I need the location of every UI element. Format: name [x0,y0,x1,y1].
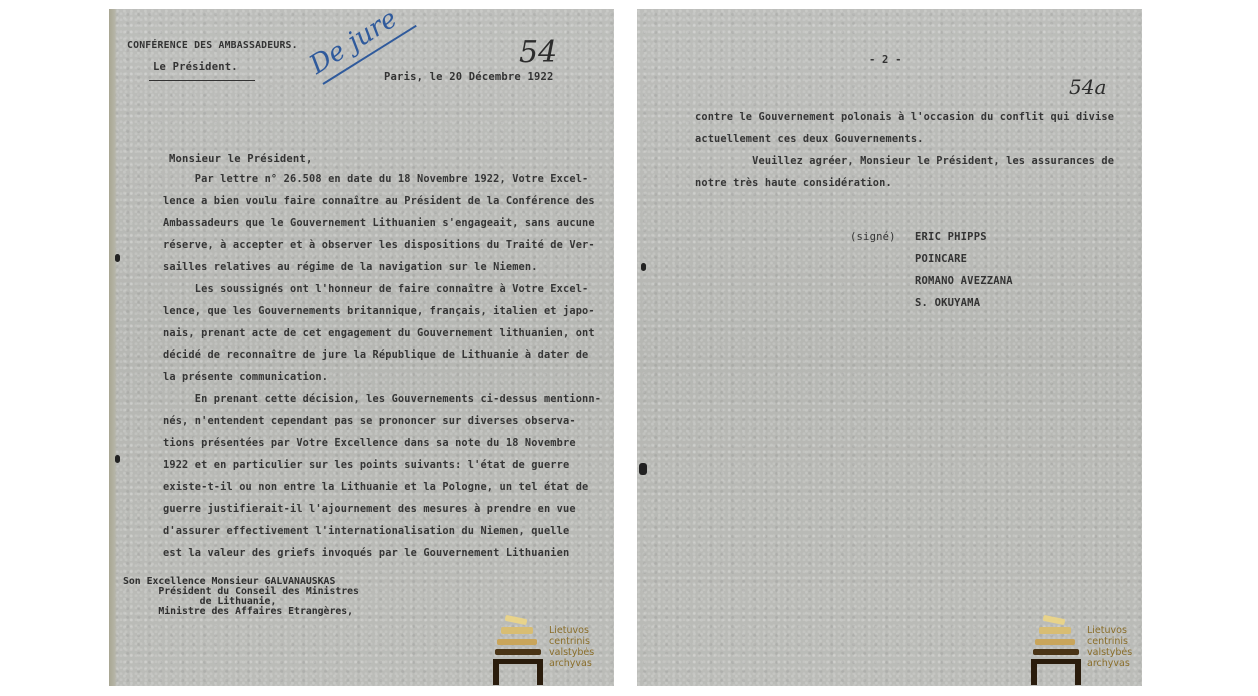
document-page-2: - 2 - 54a contre le Gouvernement polonai… [637,9,1142,686]
logo-bar-mid [1035,639,1075,645]
signatory-name: POINCARE [915,253,967,265]
archive-name-line: Lietuvos [1087,625,1132,636]
body-line: décidé de reconnaître de jure la Républi… [163,349,588,361]
signature-label: (signé) [850,231,896,243]
page-number: - 2 - [869,54,902,66]
signatory-name: ERIC PHIPPS [915,231,987,243]
body-line: réserve, à accepter et à observer les di… [163,239,595,251]
archive-name-line: archyvas [549,658,594,669]
body-line: Ambassadeurs que le Gouvernement Lithuan… [163,217,595,229]
logo-bar-top [505,615,528,625]
organization-heading: CONFÉRENCE DES AMBASSADEURS. [127,40,298,52]
handwritten-folio-number: 54a [1069,75,1106,99]
archive-watermark-logo: Lietuvos centrinis valstybės archyvas [1029,615,1139,675]
date-line: Paris, le 20 Décembre 1922 [384,71,554,83]
archive-name-line: valstybės [549,647,594,658]
body-line: En prenant cette décision, les Gouvernem… [163,393,601,405]
sender-role: Le Président. [153,61,238,73]
logo-leg-right [1075,659,1081,685]
body-line: guerre justifierait-il l'ajournement des… [163,503,576,515]
body-line: d'assurer effectivement l'internationali… [163,525,569,537]
body-line: nés, n'entendent cependant pas se pronon… [163,415,576,427]
archive-name-line: centrinis [1087,636,1132,647]
archive-name-line: centrinis [549,636,594,647]
logo-bar-upper [501,627,533,634]
archive-name: Lietuvos centrinis valstybės archyvas [549,625,594,669]
body-line: sailles relatives au régime de la naviga… [163,261,538,273]
body-line: tions présentées par Votre Excellence da… [163,437,576,449]
punch-hole-mark [641,263,646,271]
body-line: 1922 et en particulier sur les points su… [163,459,569,471]
body-line: lence a bien voulu faire connaître au Pr… [163,195,595,207]
archive-name-line: archyvas [1087,658,1132,669]
archive-name: Lietuvos centrinis valstybės archyvas [1087,625,1132,669]
heading-underline [149,80,255,81]
body-line: Par lettre n° 26.508 en date du 18 Novem… [163,173,588,185]
document-page-1: CONFÉRENCE DES AMBASSADEURS. Le Présiden… [109,9,614,686]
signatory-name: ROMANO AVEZZANA [915,275,1013,287]
body-line: est la valeur des griefs invoqués par le… [163,547,569,559]
body-line: Veuillez agréer, Monsieur le Président, … [695,155,1114,167]
body-line: existe-t-il ou non entre la Lithuanie et… [163,481,588,493]
logo-bar-mid [497,639,537,645]
punch-hole-mark [115,455,120,463]
logo-leg-left [493,659,499,685]
body-line: Les soussignés ont l'honneur de faire co… [163,283,588,295]
handwritten-folio-number: 54 [519,35,557,70]
punch-hole-mark [639,463,647,475]
addressee-line: Ministre des Affaires Etrangères, [123,607,353,618]
logo-bar-low [495,649,541,655]
logo-base [1031,659,1081,664]
salutation: Monsieur le Président, [169,153,312,165]
signatory-name: S. OKUYAMA [915,297,980,309]
archive-watermark-logo: Lietuvos centrinis valstybės archyvas [491,615,601,675]
logo-base [493,659,543,664]
punch-hole-mark [115,254,120,262]
archive-name-line: Lietuvos [549,625,594,636]
logo-bar-low [1033,649,1079,655]
body-line: nais, prenant acte de cet engagement du … [163,327,595,339]
archive-name-line: valstybės [1087,647,1132,658]
body-line: la présente communication. [163,371,328,383]
logo-leg-right [537,659,543,685]
body-line: actuellement ces deux Gouvernements. [695,133,924,145]
logo-bar-upper [1039,627,1071,634]
body-line: lence, que les Gouvernements britannique… [163,305,595,317]
logo-bar-top [1043,615,1066,625]
body-line: notre très haute considération. [695,177,892,189]
logo-leg-left [1031,659,1037,685]
body-line: contre le Gouvernement polonais à l'occa… [695,111,1114,123]
